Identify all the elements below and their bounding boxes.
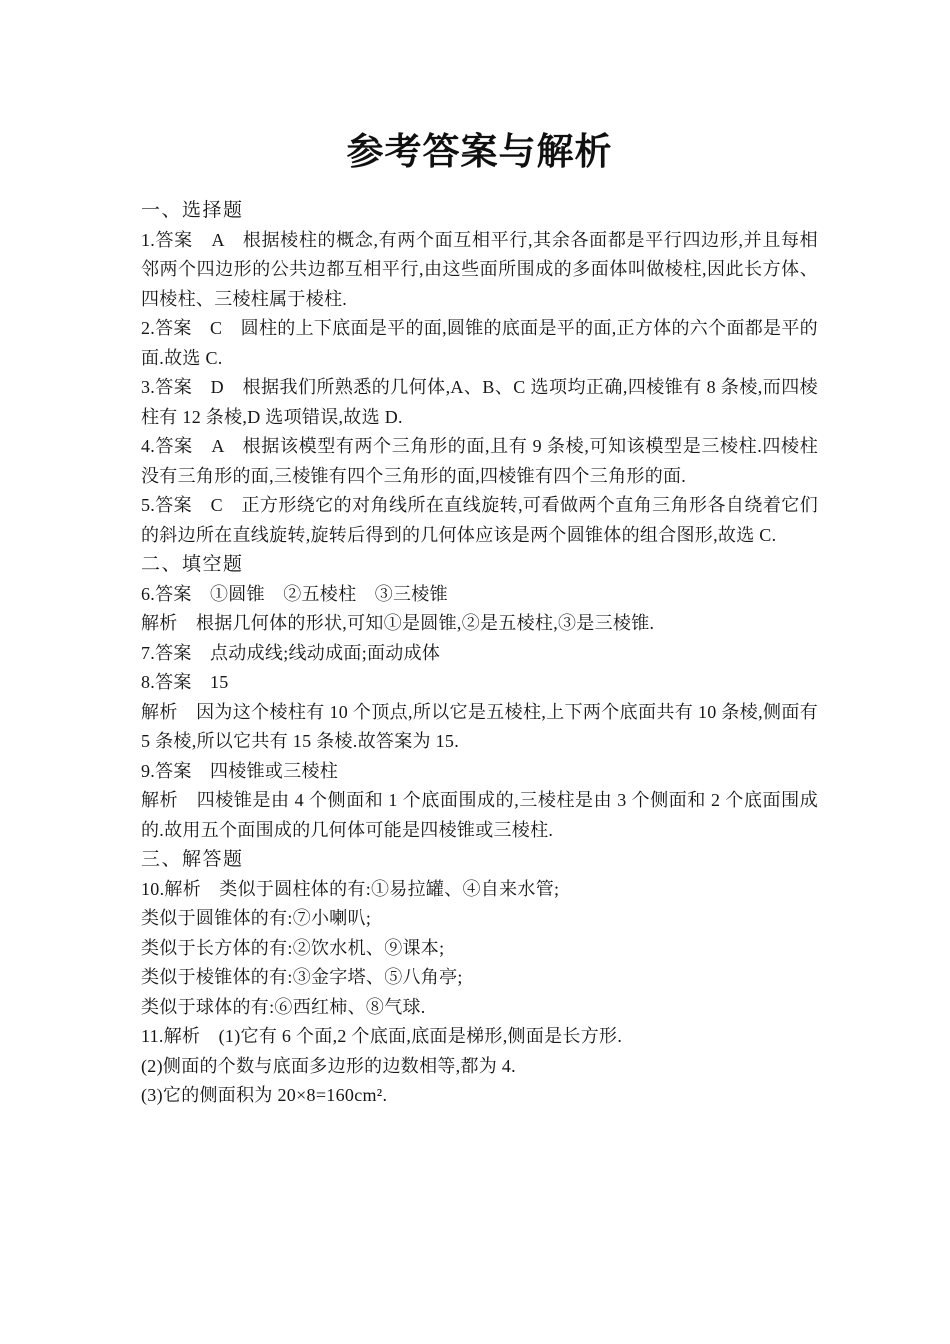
- answer-8: 8.答案 15: [141, 668, 818, 698]
- answer-key-page: 参考答案与解析 一、选择题 1.答案 A 根据棱柱的概念,有两个面互相平行,其余…: [0, 0, 950, 1344]
- section-heading-solutions: 三、解答题: [141, 845, 818, 875]
- section-heading-fill-blank: 二、填空题: [141, 550, 818, 580]
- page-title: 参考答案与解析: [141, 131, 818, 173]
- analysis-9: 解析 四棱锥是由 4 个侧面和 1 个底面围成的,三棱柱是由 3 个侧面和 2 …: [141, 786, 818, 845]
- analysis-10-line-2: 类似于圆锥体的有:⑦小喇叭;: [141, 904, 818, 934]
- analysis-11-part-2: (2)侧面的个数与底面多边形的边数相等,都为 4.: [141, 1052, 818, 1082]
- answer-3: 3.答案 D 根据我们所熟悉的几何体,A、B、C 选项均正确,四棱锥有 8 条棱…: [141, 373, 818, 432]
- answer-2: 2.答案 C 圆柱的上下底面是平的面,圆锥的底面是平的面,正方体的六个面都是平的…: [141, 314, 818, 373]
- answer-6: 6.答案 ①圆锥 ②五棱柱 ③三棱锥: [141, 580, 818, 610]
- analysis-10-line-5: 类似于球体的有:⑥西红柿、⑧气球.: [141, 993, 818, 1023]
- answer-4: 4.答案 A 根据该模型有两个三角形的面,且有 9 条棱,可知该模型是三棱柱.四…: [141, 432, 818, 491]
- section-heading-choice: 一、选择题: [141, 196, 818, 226]
- analysis-6: 解析 根据几何体的形状,可知①是圆锥,②是五棱柱,③是三棱锥.: [141, 609, 818, 639]
- answer-7: 7.答案 点动成线;线动成面;面动成体: [141, 639, 818, 669]
- analysis-10-line-3: 类似于长方体的有:②饮水机、⑨课本;: [141, 934, 818, 964]
- analysis-8: 解析 因为这个棱柱有 10 个顶点,所以它是五棱柱,上下两个底面共有 10 条棱…: [141, 698, 818, 757]
- answer-5: 5.答案 C 正方形绕它的对角线所在直线旋转,可看做两个直角三角形各自绕着它们的…: [141, 491, 818, 550]
- analysis-10-line-4: 类似于棱锥体的有:③金字塔、⑤八角亭;: [141, 963, 818, 993]
- analysis-11-part-3: (3)它的侧面积为 20×8=160cm².: [141, 1081, 818, 1111]
- analysis-10-line-1: 10.解析 类似于圆柱体的有:①易拉罐、④自来水管;: [141, 875, 818, 905]
- answer-1: 1.答案 A 根据棱柱的概念,有两个面互相平行,其余各面都是平行四边形,并且每相…: [141, 226, 818, 315]
- analysis-11-part-1: 11.解析 (1)它有 6 个面,2 个底面,底面是梯形,侧面是长方形.: [141, 1022, 818, 1052]
- answer-9: 9.答案 四棱锥或三棱柱: [141, 757, 818, 787]
